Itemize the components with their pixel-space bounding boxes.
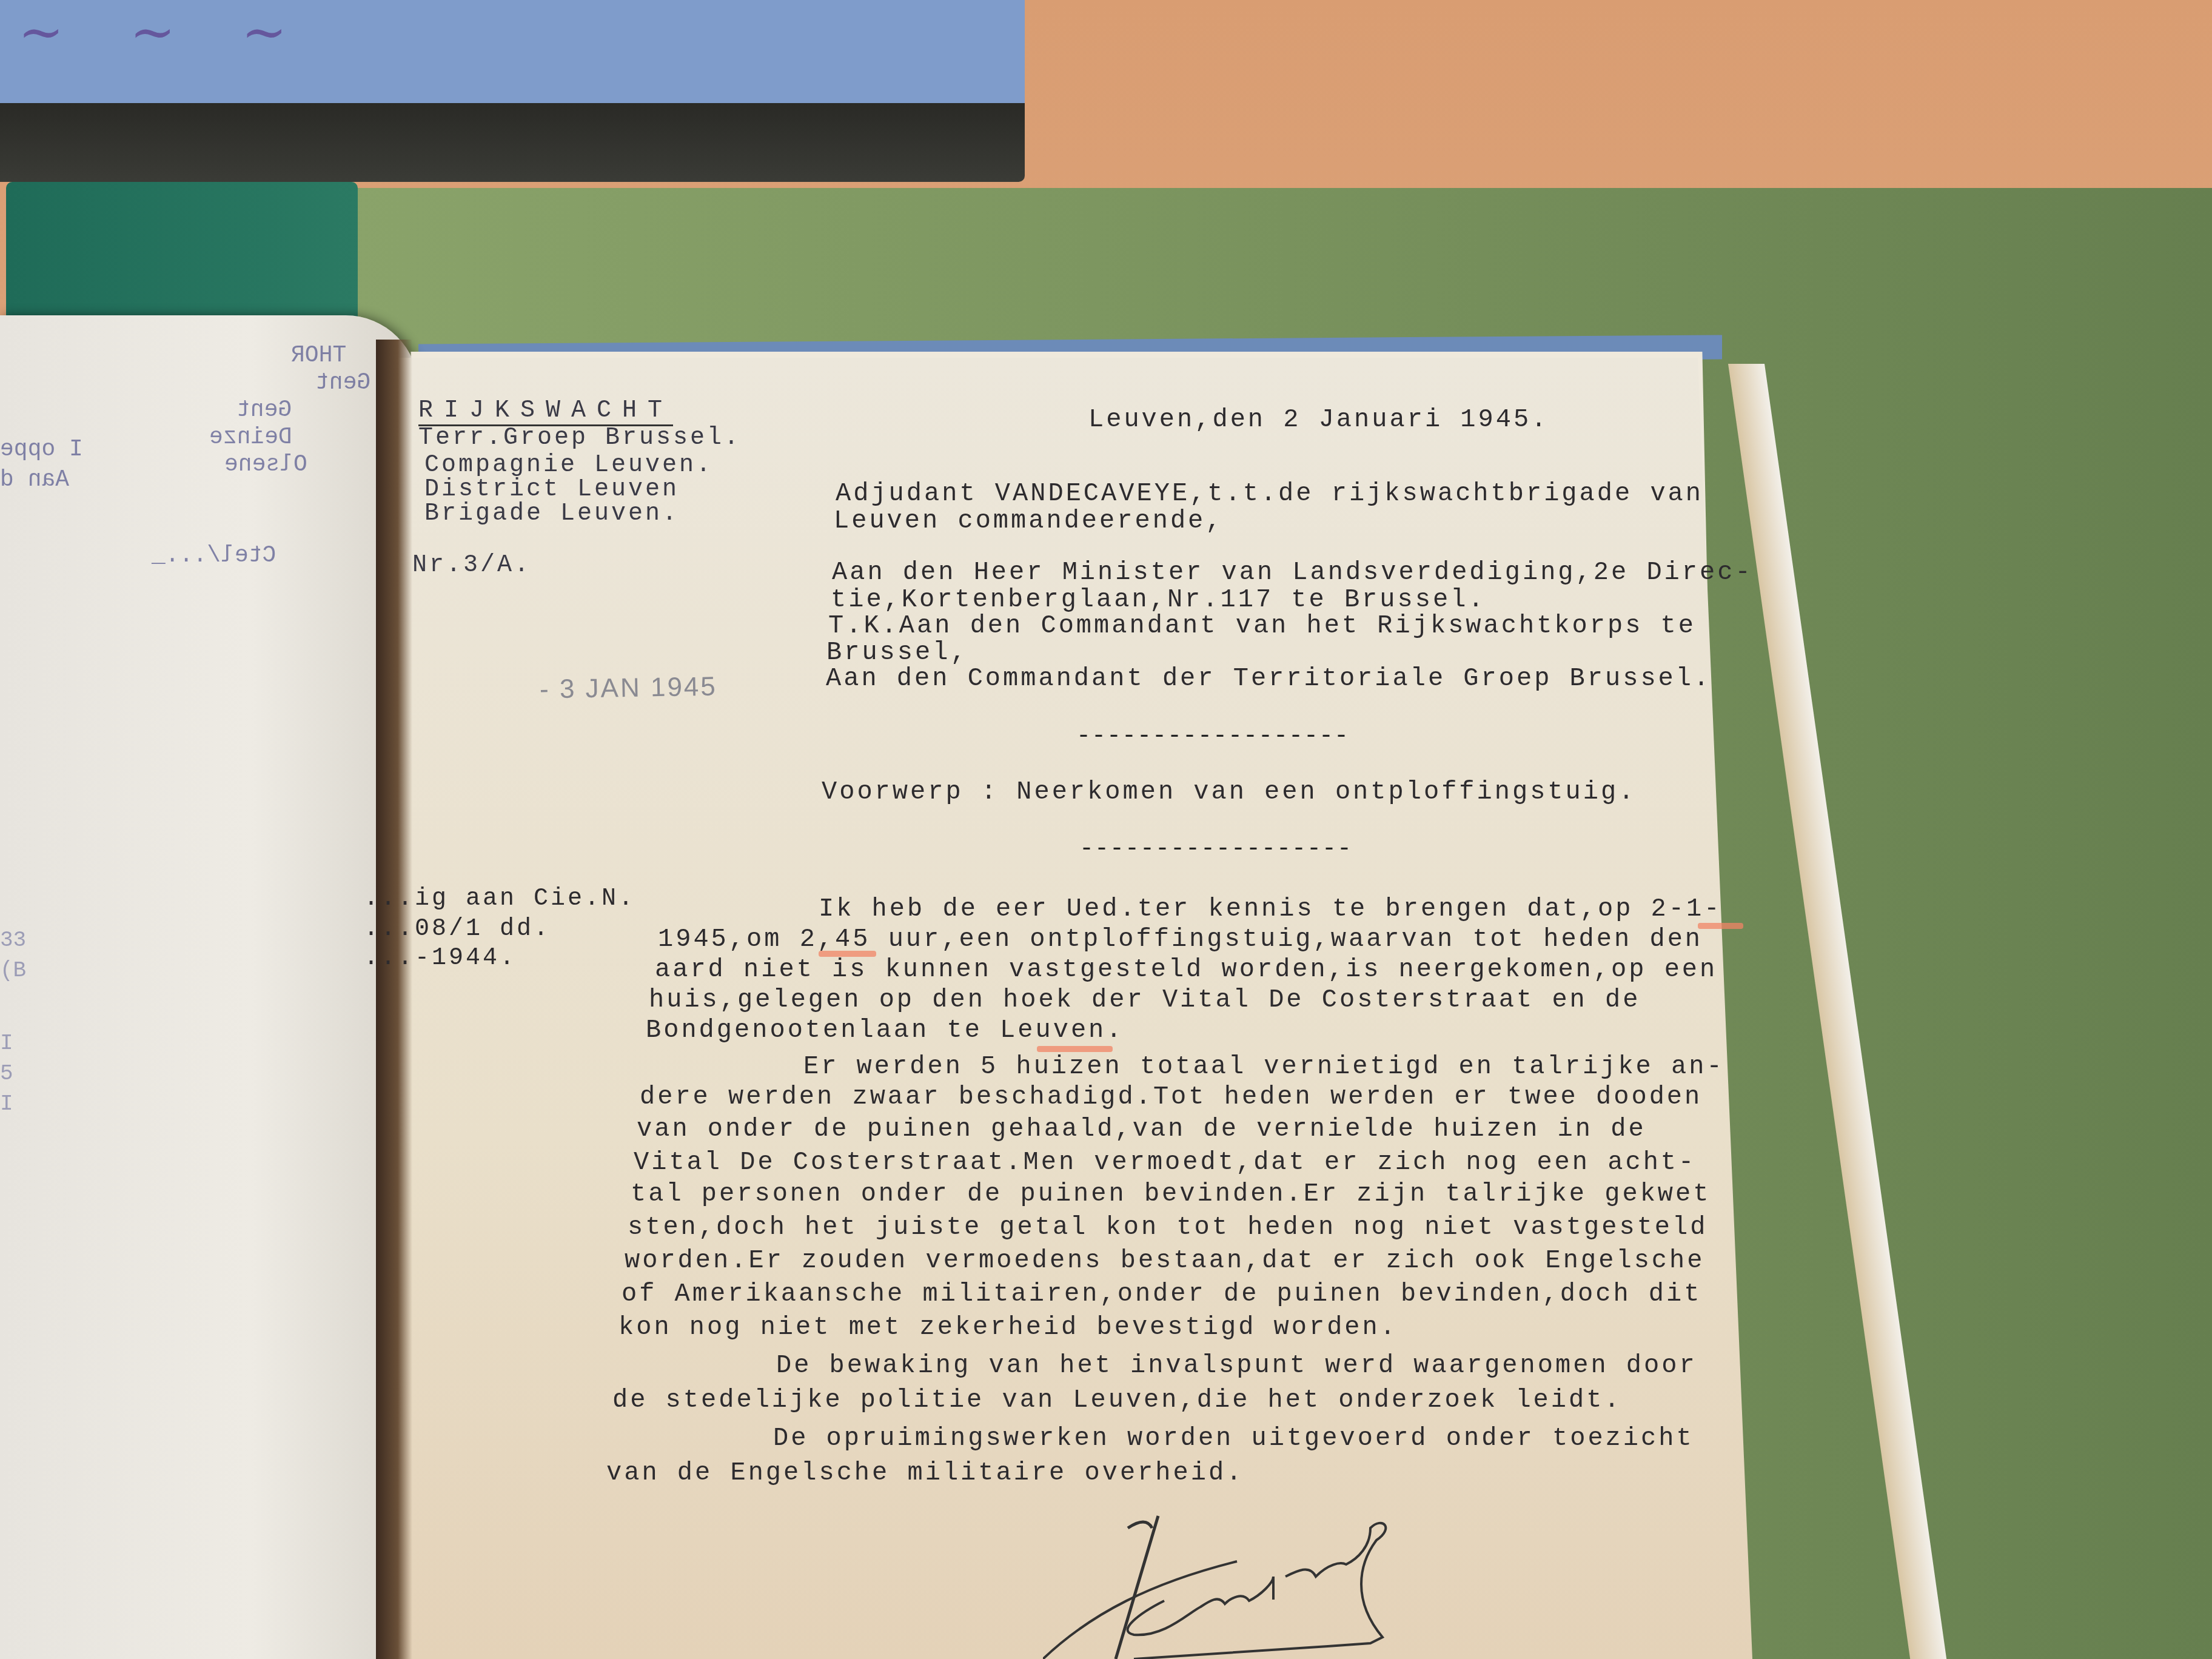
sender-line: Leuven commandeerende, bbox=[834, 506, 1224, 535]
book-gutter bbox=[376, 340, 412, 1659]
highlight-mark bbox=[1037, 1046, 1113, 1052]
margin-reference: ...-1944. bbox=[364, 945, 517, 972]
body-line: van de Engelsche militaire overheid. bbox=[606, 1458, 1244, 1487]
body-line: dere werden zwaar beschadigd.Tot heden w… bbox=[640, 1082, 1702, 1111]
highlight-mark bbox=[1698, 923, 1743, 929]
body-line: tal personen onder de puinen bevinden.Er… bbox=[631, 1179, 1711, 1208]
margin-reference: ...08/1 dd. bbox=[364, 916, 551, 943]
mirrored-line: Olsene bbox=[224, 452, 307, 478]
margin-fragment: (B bbox=[0, 958, 26, 983]
blue-folder: ~ ~ ~ bbox=[0, 0, 1025, 106]
addressee-line: Aan den Commandant der Territoriale Groe… bbox=[826, 664, 1711, 693]
sender-line: Adjudant VANDECAVEYE,t.t.de rijkswachtbr… bbox=[836, 479, 1703, 508]
mirrored-side-line: I oppe bbox=[0, 437, 83, 463]
mirrored-line: Deinze bbox=[209, 424, 292, 451]
place-date: Leuven,den 2 Januari 1945. bbox=[1088, 405, 1549, 434]
mirrored-side-line: Aan d bbox=[0, 467, 69, 494]
body-line: Bondgenootenlaan te Leuven. bbox=[646, 1016, 1124, 1045]
folder-handwriting: ~ ~ ~ bbox=[18, 0, 311, 64]
letterhead-line: Compagnie Leuven. bbox=[424, 452, 713, 479]
body-line: van onder de puinen gehaald,van de verni… bbox=[637, 1114, 1646, 1144]
body-line: Ik heb de eer Ued.ter kennis te brengen … bbox=[819, 894, 1721, 923]
body-line: Er werden 5 huizen totaal vernietigd en … bbox=[803, 1052, 1724, 1081]
body-line: Vital De Costerstraat.Men vermoedt,dat e… bbox=[634, 1148, 1696, 1177]
addressee-line: Brussel, bbox=[826, 638, 968, 667]
addressee-line: tie,Kortenberglaan,Nr.117 te Brussel. bbox=[831, 585, 1486, 614]
letterhead-title: RIJKSWACHT bbox=[418, 397, 673, 426]
margin-fragment: 33 bbox=[0, 928, 26, 953]
body-line: De bewaking van het invalspunt werd waar… bbox=[776, 1351, 1697, 1380]
margin-fragment: I bbox=[0, 1031, 13, 1056]
letterhead-line: District Leuven bbox=[424, 476, 679, 503]
body-line: sten,doch het juiste getal kon tot heden… bbox=[628, 1213, 1708, 1242]
mirrored-line: THOR bbox=[291, 343, 346, 369]
highlight-mark bbox=[819, 951, 876, 957]
addressee-line: T.K.Aan den Commandant van het Rijkswach… bbox=[828, 611, 1696, 640]
letterhead-line: Brigade Leuven. bbox=[424, 500, 679, 528]
margin-fragment: 5 bbox=[0, 1061, 13, 1086]
signature bbox=[1043, 1492, 1680, 1659]
body-line: of Amerikaansche militairen,onder de pui… bbox=[622, 1279, 1701, 1309]
reference-number: Nr.3/A. bbox=[412, 552, 531, 579]
letterhead-line: Terr.Groep Brussel. bbox=[418, 424, 741, 452]
margin-fragment: I bbox=[0, 1091, 13, 1116]
mirrored-reference: Ctel/..._ bbox=[152, 543, 276, 569]
mirrored-line: Gent bbox=[315, 370, 370, 397]
body-line: kon nog niet met zekerheid bevestigd wor… bbox=[618, 1313, 1398, 1342]
body-line: de stedelijke politie van Leuven,die het… bbox=[612, 1386, 1622, 1415]
addressee-line: Aan den Heer Minister van Landsverdedigi… bbox=[832, 558, 1753, 587]
separator-line: ------------------ bbox=[1079, 836, 1352, 863]
body-line: huis,gelegen op den hoek der Vital De Co… bbox=[649, 985, 1640, 1014]
mirrored-line: Gent bbox=[236, 397, 292, 424]
body-line: De opruimingswerken worden uitgevoerd on… bbox=[773, 1424, 1694, 1453]
body-line: aard niet is kunnen vastgesteld worden,i… bbox=[655, 955, 1717, 984]
folder-shadow bbox=[0, 103, 1025, 182]
subject-line: Voorwerp : Neerkomen van een ontploffing… bbox=[822, 777, 1636, 806]
body-line: worden.Er zouden vermoedens bestaan,dat … bbox=[625, 1246, 1704, 1275]
separator-line: ------------------ bbox=[1076, 723, 1349, 750]
left-page: THOR Gent Gent Deinze Olsene I oppe Aan … bbox=[0, 315, 418, 1659]
margin-reference: ...ig aan Cie.N. bbox=[364, 885, 635, 913]
body-line: 1945,om 2,45 uur,een ontploffingstuig,wa… bbox=[658, 925, 1703, 954]
received-date-stamp: - 3 JAN 1945 bbox=[540, 671, 718, 705]
